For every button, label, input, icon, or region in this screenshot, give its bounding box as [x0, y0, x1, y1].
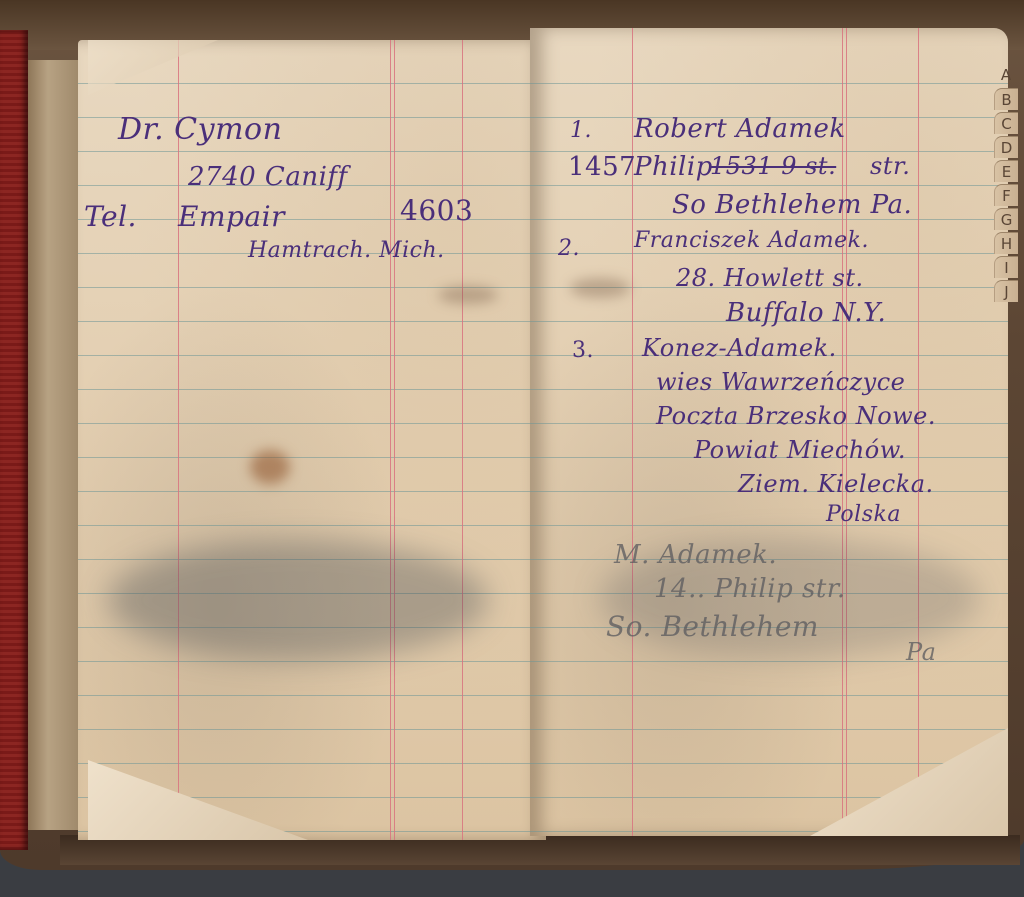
margin-line [842, 28, 843, 836]
entry-city: So Bethlehem Pa. [672, 190, 912, 220]
stain [570, 278, 630, 298]
margin-line [462, 40, 463, 840]
index-tab-c[interactable]: C [994, 112, 1018, 134]
entry-number: 1. [570, 118, 592, 143]
alphabet-index-tabs: A B C D E F G H I J [994, 62, 1020, 362]
smudge [108, 540, 488, 660]
book-spine [0, 30, 28, 850]
entry-post: Poczta Brzesko Nowe. [656, 402, 936, 430]
entry-city: Buffalo N.Y. [726, 298, 886, 328]
margin-line [394, 40, 395, 840]
ruled-lines [530, 28, 1008, 836]
index-tab-b[interactable]: B [994, 88, 1018, 110]
entry-number: 3. [572, 338, 594, 363]
entry-name: Dr. Cymon [118, 112, 282, 147]
entry-village: wies Wawrzeńczyce [656, 368, 905, 396]
margin-line [918, 28, 919, 836]
right-page: 1. Robert Adamek 1457 Philip 1531 9 st. … [530, 28, 1008, 836]
entry-tel-exchange: Empair [178, 200, 285, 233]
index-tab-g[interactable]: G [994, 208, 1018, 230]
entry-country: Polska [826, 502, 901, 527]
entry-street-struck: 1531 9 st. [710, 152, 836, 180]
margin-line [846, 28, 847, 836]
index-tab-e[interactable]: E [994, 160, 1018, 182]
index-tab-d[interactable]: D [994, 136, 1018, 158]
entry-province: Ziem. Kielecka. [738, 470, 934, 498]
entry-tel-label: Tel. [84, 200, 137, 233]
left-page: Dr. Cymon 2740 Caniff Tel. Empair 4603 H… [78, 40, 546, 840]
entry-county: Powiat Miechów. [694, 436, 906, 464]
page-block-edge [28, 60, 78, 830]
index-tab-j[interactable]: J [994, 280, 1018, 302]
entry-name: M. Adamek. [614, 540, 777, 570]
index-tab-h[interactable]: H [994, 232, 1018, 254]
entry-tel-number: 4603 [400, 194, 473, 227]
ruled-lines [78, 40, 546, 840]
entry-city: So. Bethlehem [606, 610, 819, 643]
stain [250, 450, 290, 484]
entry-state: Pa [906, 638, 936, 666]
entry-house-number: 1457 [568, 152, 636, 182]
entry-street: Philip [634, 152, 713, 182]
index-tab-i[interactable]: I [994, 256, 1018, 278]
margin-line [632, 28, 633, 836]
entry-street: 2740 Caniff [188, 162, 348, 192]
entry-street: 14.. Philip str. [654, 574, 846, 604]
entry-name: Konez-Adamek. [642, 334, 837, 362]
entry-street-suffix: str. [870, 152, 910, 180]
entry-name: Robert Adamek [634, 114, 846, 144]
entry-number: 2. [558, 236, 580, 261]
margin-line [390, 40, 391, 840]
entry-name: Franciszek Adamek. [634, 228, 869, 253]
index-tab-f[interactable]: F [994, 184, 1018, 206]
entry-city: Hamtrach. Mich. [248, 238, 445, 263]
entry-street: 28. Howlett st. [676, 264, 864, 292]
index-tab-a[interactable]: A [994, 64, 1018, 86]
margin-line [178, 40, 179, 840]
stain [438, 286, 498, 304]
